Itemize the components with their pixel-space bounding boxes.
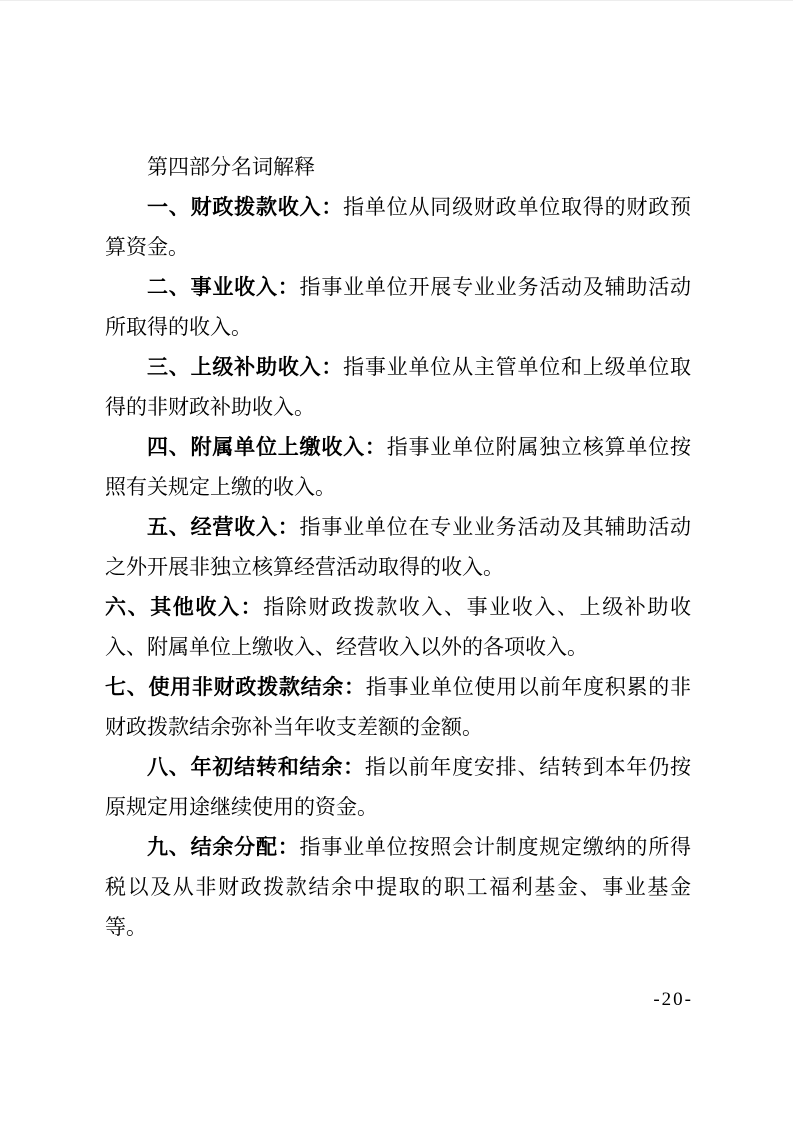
- page-content: 第四部分名词解释 一、财政拨款收入：指单位从同级财政单位取得的财政预算资金。 二…: [105, 147, 691, 947]
- term-label: 八、年初结转和结余：: [147, 755, 365, 779]
- term-paragraph-other-income: 六、其他收入：指除财政拨款收入、事业收入、上级补助收入、附属单位上缴收入、经营收…: [105, 587, 691, 667]
- document-page: 第四部分名词解释 一、财政拨款收入：指单位从同级财政单位取得的财政预算资金。 二…: [0, 0, 793, 1122]
- term-paragraph-operating-income: 二、事业收入：指事业单位开展专业业务活动及辅助活动所取得的收入。: [105, 267, 691, 347]
- term-paragraph-income-fiscal: 一、财政拨款收入：指单位从同级财政单位取得的财政预算资金。: [105, 187, 691, 267]
- term-paragraph-affiliated-unit: 四、附属单位上缴收入：指事业单位附属独立核算单位按照有关规定上缴的收入。: [105, 427, 691, 507]
- term-paragraph-nonfiscal-surplus: 七、使用非财政拨款结余：指事业单位使用以前年度积累的非财政拨款结余弥补当年收支差…: [105, 667, 691, 747]
- section-heading: 第四部分名词解释: [105, 147, 691, 187]
- term-paragraph-carryover: 八、年初结转和结余：指以前年度安排、结转到本年仍按原规定用途继续使用的资金。: [105, 747, 691, 827]
- term-paragraph-business-income: 五、经营收入：指事业单位在专业业务活动及其辅助活动之外开展非独立核算经营活动取得…: [105, 507, 691, 587]
- term-label: 七、使用非财政拨款结余：: [105, 675, 366, 699]
- page-number: -20-: [653, 989, 693, 1011]
- term-label: 二、事业收入：: [147, 275, 300, 299]
- term-label: 六、其他收入：: [105, 595, 263, 619]
- term-paragraph-superior-subsidy: 三、上级补助收入：指事业单位从主管单位和上级单位取得的非财政补助收入。: [105, 347, 691, 427]
- term-paragraph-surplus-distribution: 九、结余分配：指事业单位按照会计制度规定缴纳的所得税以及从非财政拨款结余中提取的…: [105, 827, 691, 947]
- term-label: 四、附属单位上缴收入：: [147, 435, 387, 459]
- term-label: 五、经营收入：: [147, 515, 300, 539]
- term-label: 一、财政拨款收入：: [147, 195, 343, 219]
- term-label: 九、结余分配：: [147, 835, 300, 859]
- term-label: 三、上级补助收入：: [147, 355, 343, 379]
